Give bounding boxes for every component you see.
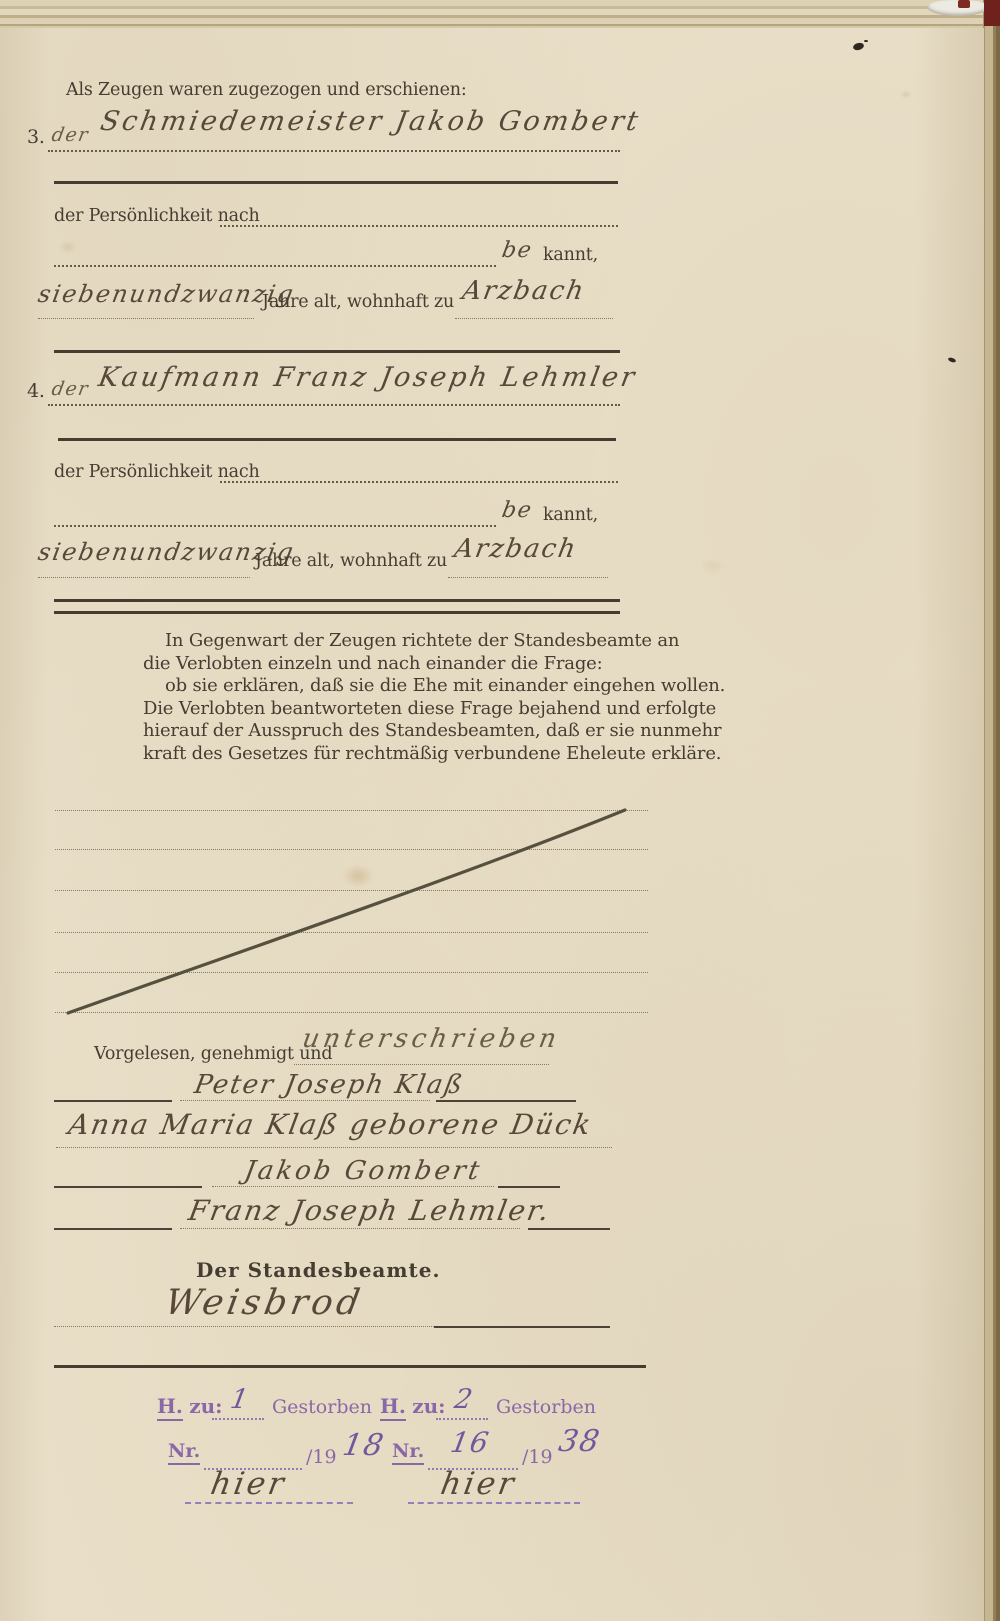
witness4-kannt-label: kannt, — [543, 505, 598, 525]
stamp-ref-line — [212, 1418, 264, 1420]
witness3-residence-handwritten: Arzbach — [460, 276, 582, 306]
footer-divider — [54, 1365, 646, 1368]
book-cover-corner — [958, 0, 970, 8]
witness4-name-entry-handwritten: Kaufmann Franz Joseph Lehmler — [96, 362, 634, 393]
section-divider — [54, 350, 620, 353]
residence-underline — [448, 577, 608, 578]
identity-fill-line2 — [54, 265, 496, 267]
declaration-line: die Verlobten einzeln und nach einander … — [143, 653, 663, 676]
signature-witness-1: Jakob Gombert — [242, 1156, 479, 1186]
registrar-heading: Der Standesbeamte. — [196, 1258, 440, 1282]
paper-stain — [342, 864, 374, 888]
register-page: Als Zeugen waren zugezogen und erschiene… — [0, 28, 984, 1621]
stacked-page-edges-top — [0, 0, 1000, 28]
registrar-signature-line — [54, 1326, 434, 1327]
witness3-age-label: Jahre alt, wohnhaft zu — [262, 292, 454, 312]
stamp-nr-text: Nr. — [168, 1440, 200, 1465]
ink-blot — [948, 357, 957, 363]
witness-intro-text: Als Zeugen waren zugezogen und erschiene… — [66, 80, 467, 100]
stamp-left-place-handwritten: hier — [208, 1466, 283, 1502]
stamp-right-prefix: H. zu: — [380, 1394, 446, 1418]
stamp-right-event-label: Gestorben — [496, 1396, 596, 1418]
witness4-age-label: Jahre alt, wohnhaft zu — [255, 551, 447, 571]
stamp-right-nr-value: 16 — [448, 1426, 487, 1459]
identity-fill-line — [220, 225, 618, 227]
closing-handwritten-word: unterschrieben — [300, 1024, 557, 1054]
signature-rule-left — [54, 1228, 172, 1230]
signature-groom: Peter Joseph Klaß — [192, 1070, 461, 1100]
stamp-right-nr-label: Nr. — [392, 1440, 424, 1462]
witness4-article-handwritten: der — [50, 378, 87, 400]
witness3-name-entry-handwritten: Schmiedemeister Jakob Gombert — [98, 106, 638, 137]
stamp-left-year-label: /19 — [306, 1446, 337, 1468]
closing-underline — [294, 1064, 549, 1065]
signature-rule-right — [528, 1228, 610, 1230]
signature-bride: Anna Maria Klaß geborene Dück — [66, 1108, 589, 1141]
witness4-residence-handwritten: Arzbach — [452, 534, 574, 564]
witness3-age-handwritten: siebenundzwanzig — [36, 280, 292, 308]
stamp-place-underline — [185, 1502, 353, 1504]
witness3-be-handwritten: be — [500, 238, 530, 263]
registrar-signature: Weisbrod — [162, 1283, 360, 1323]
declaration-line: In Gegenwart der Zeugen richtete der Sta… — [143, 630, 663, 653]
stamp-right-place-handwritten: hier — [438, 1466, 513, 1502]
stamp-right-year-label: /19 — [522, 1446, 553, 1468]
ink-blot — [852, 42, 864, 52]
witness3-kannt-label: kannt, — [543, 245, 598, 265]
entry-baseline — [48, 150, 620, 152]
age-underline — [38, 577, 250, 578]
signature-rule-left — [54, 1100, 172, 1102]
stamp-zu-label: zu: — [412, 1394, 445, 1418]
witness3-identity-label: der Persönlichkeit nach — [54, 206, 260, 226]
signature-baseline — [180, 1228, 520, 1229]
stamp-ref-line — [436, 1418, 488, 1420]
book-cover-corner — [984, 0, 1000, 26]
stamp-nr-text: Nr. — [392, 1440, 424, 1465]
signature-rule-left — [54, 1186, 202, 1188]
age-underline — [38, 318, 254, 319]
signature-rule-right — [498, 1186, 560, 1188]
declaration-line: kraft des Gesetzes für rechtmäßig verbun… — [143, 743, 663, 766]
entry-baseline — [48, 404, 620, 406]
blank-entry-rule — [54, 181, 618, 184]
closing-printed-text: Vorgelesen, genehmigt und — [94, 1044, 332, 1064]
stamp-left-event-label: Gestorben — [272, 1396, 372, 1418]
declaration-line: hierauf der Ausspruch des Standesbeamten… — [143, 720, 663, 743]
identity-fill-line — [220, 481, 618, 483]
section-divider — [54, 599, 620, 602]
ink-blot — [864, 40, 868, 42]
witness3-number: 3. — [27, 126, 45, 148]
declaration-line: ob sie erklären, daß sie die Ehe mit ein… — [143, 675, 663, 698]
scanned-register-page: Als Zeugen waren zugezogen und erschiene… — [0, 0, 1000, 1621]
witness3-article-handwritten: der — [50, 124, 87, 146]
signature-baseline — [212, 1186, 494, 1187]
paper-stain — [900, 90, 912, 99]
witness4-number: 4. — [27, 380, 45, 402]
declaration-line: Die Verlobten beantworteten diese Frage … — [143, 698, 663, 721]
residence-underline — [455, 318, 613, 319]
signature-rule-right — [436, 1100, 576, 1102]
section-divider — [54, 611, 620, 614]
witness4-age-handwritten: siebenundzwanzig — [36, 538, 292, 566]
stamp-right-year-value: 38 — [556, 1424, 597, 1459]
witness4-identity-label: der Persönlichkeit nach — [54, 462, 260, 482]
signature-witness-2: Franz Joseph Lehmler. — [186, 1194, 548, 1227]
stamp-right-ref-number: 2 — [452, 1384, 471, 1415]
stamp-left-prefix: H. zu: — [157, 1394, 223, 1418]
signature-baseline — [180, 1100, 430, 1101]
stamp-place-underline — [408, 1502, 580, 1504]
paper-stain — [700, 558, 726, 574]
stamp-h-label: H. — [380, 1394, 406, 1421]
stamp-zu-label: zu: — [189, 1394, 222, 1418]
stamp-left-nr-label: Nr. — [168, 1440, 200, 1462]
witness4-be-handwritten: be — [500, 498, 530, 523]
stamp-h-label: H. — [157, 1394, 183, 1421]
declaration-paragraph: In Gegenwart der Zeugen richtete der Sta… — [143, 630, 663, 765]
registrar-signature-line-right — [434, 1326, 610, 1328]
identity-fill-line2 — [54, 525, 496, 527]
paper-stain — [58, 240, 78, 254]
signature-baseline — [56, 1147, 612, 1148]
cancellation-stroke — [50, 798, 650, 1023]
stamp-left-ref-number: 1 — [228, 1384, 247, 1415]
blank-entry-rule — [58, 438, 616, 441]
stamp-left-year-value: 18 — [340, 1428, 381, 1463]
book-fore-edge — [983, 0, 1000, 1621]
